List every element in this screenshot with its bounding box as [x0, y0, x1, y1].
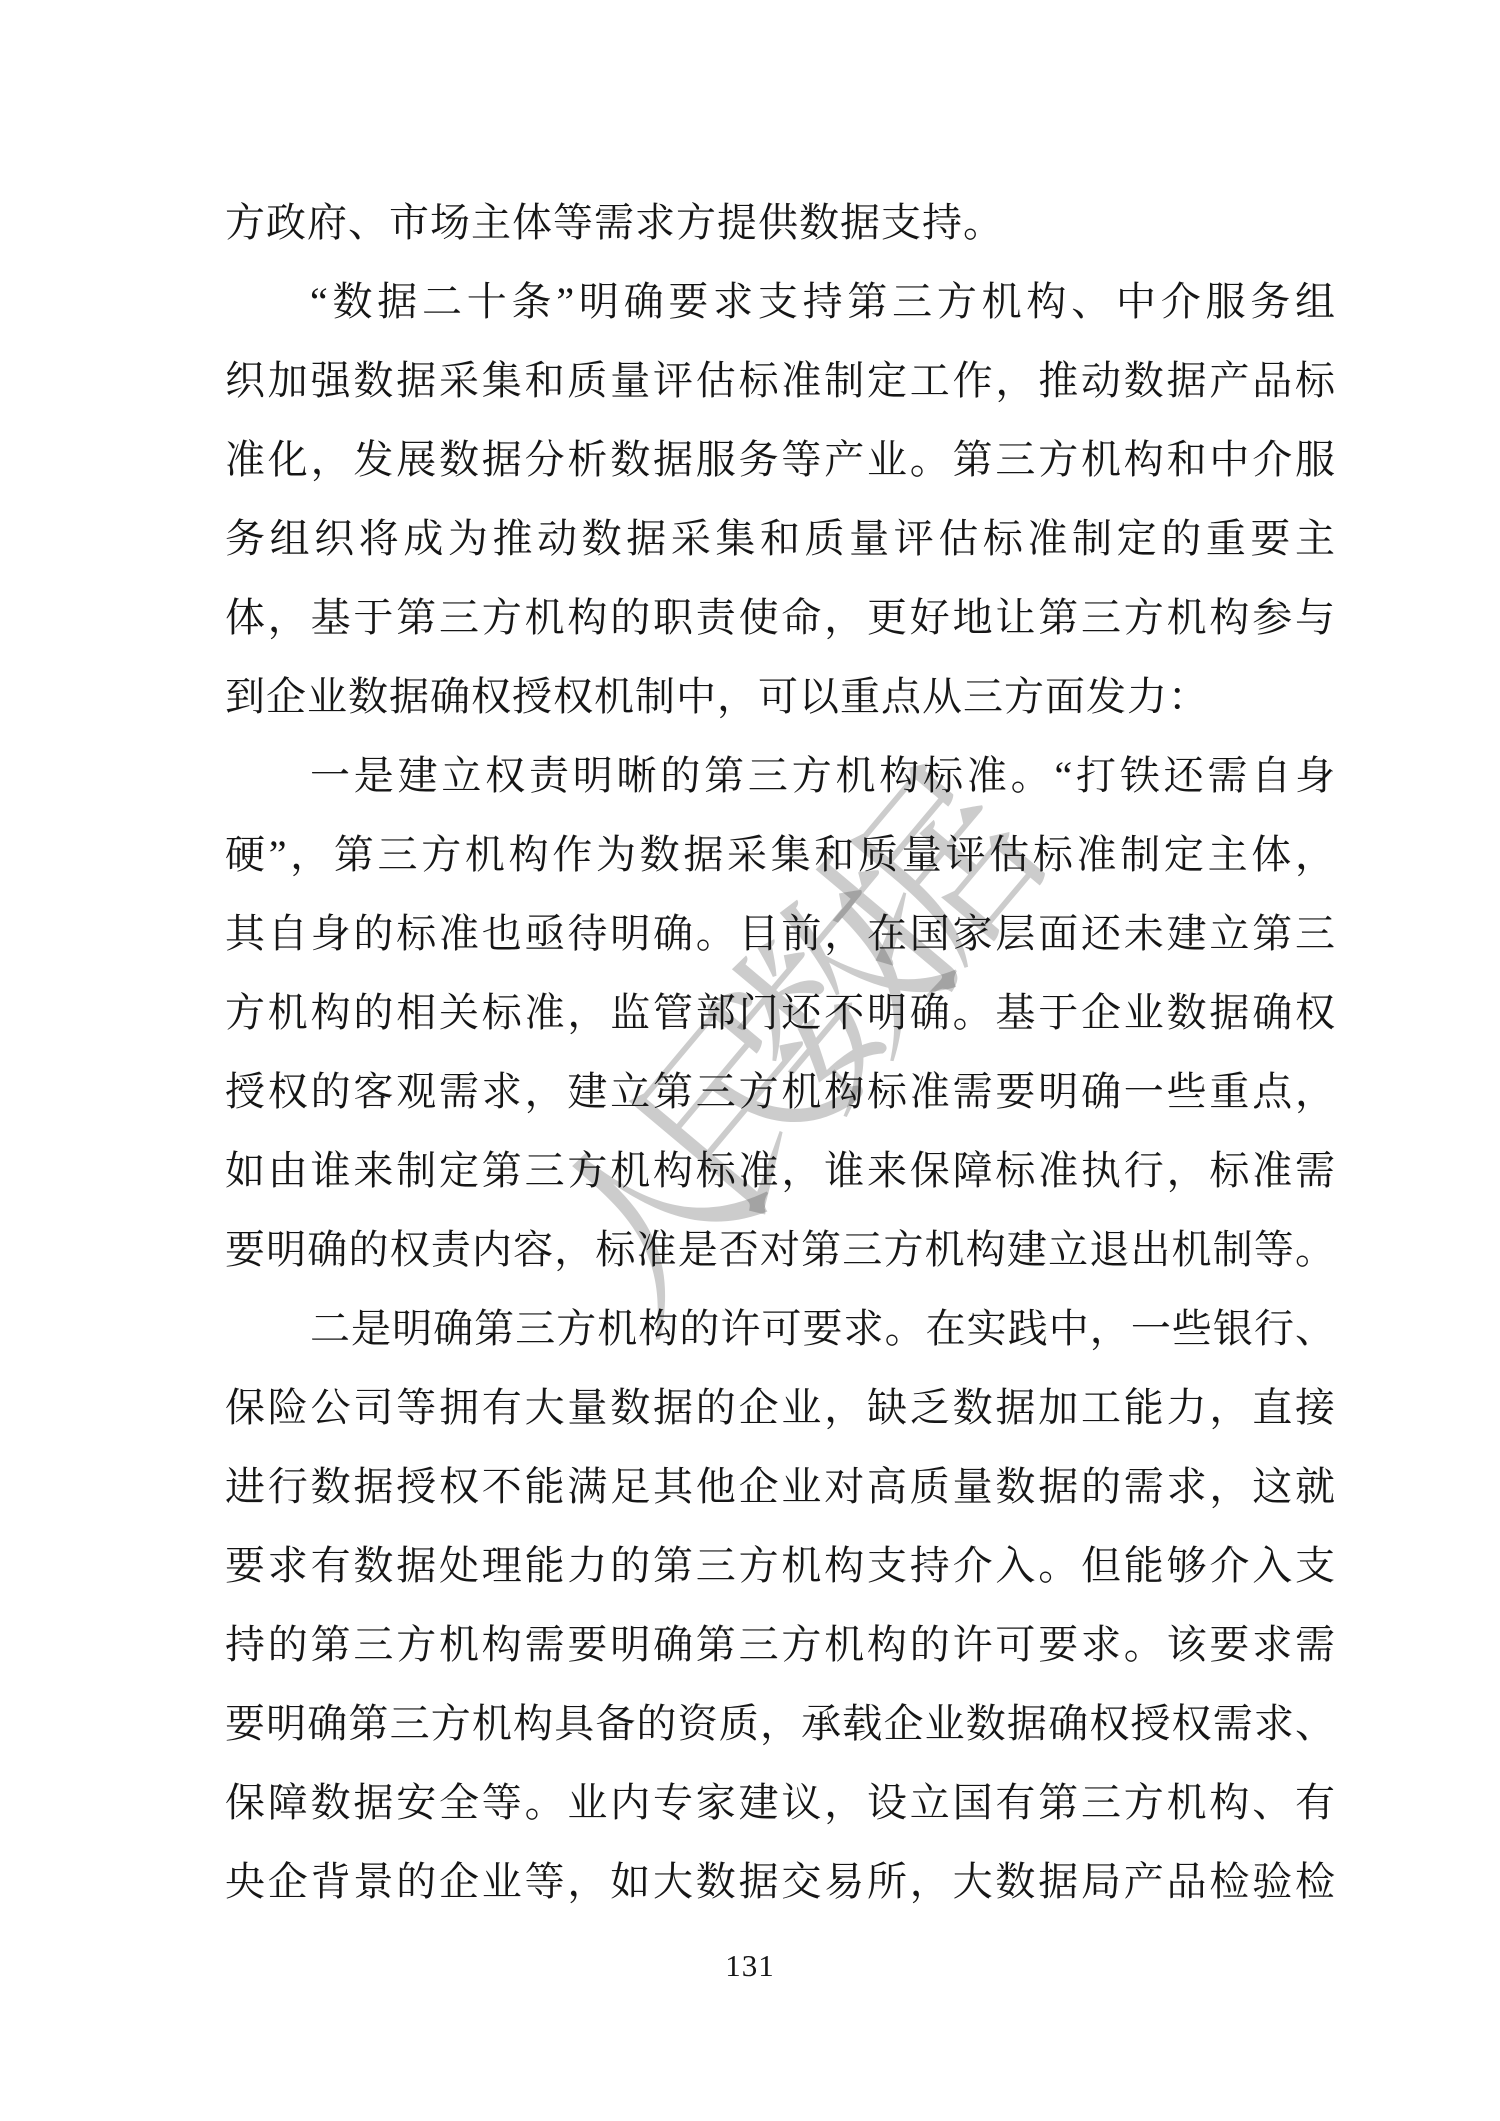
text-line: 织加强数据采集和质量评估标准制定工作，推动数据产品标 — [225, 341, 1335, 420]
text-line: 保险公司等拥有大量数据的企业，缺乏数据加工能力，直接 — [225, 1368, 1335, 1447]
text-line: 持的第三方机构需要明确第三方机构的许可要求。该要求需 — [225, 1605, 1335, 1684]
text-line: 准化，发展数据分析数据服务等产业。第三方机构和中介服 — [225, 420, 1335, 499]
text-line: 要明确第三方机构具备的资质，承载企业数据确权授权需求、 — [225, 1684, 1335, 1763]
document-page: 人民数据 方政府、市场主体等需求方提供数据支持。“数据二十条”明确要求支持第三方… — [0, 0, 1500, 2121]
text-line: 二是明确第三方机构的许可要求。在实践中，一些银行、 — [225, 1289, 1335, 1368]
text-line: 方政府、市场主体等需求方提供数据支持。 — [225, 183, 1335, 262]
text-line: 一是建立权责明晰的第三方机构标准。“打铁还需自身 — [225, 736, 1335, 815]
text-line: 央企背景的企业等，如大数据交易所，大数据局产品检验检 — [225, 1842, 1335, 1921]
text-line: 到企业数据确权授权机制中，可以重点从三方面发力： — [225, 657, 1335, 736]
text-line: 授权的客观需求，建立第三方机构标准需要明确一些重点， — [225, 1052, 1335, 1131]
text-line: “数据二十条”明确要求支持第三方机构、中介服务组 — [225, 262, 1335, 341]
text-block: 方政府、市场主体等需求方提供数据支持。“数据二十条”明确要求支持第三方机构、中介… — [225, 183, 1335, 1921]
text-line: 方机构的相关标准，监管部门还不明确。基于企业数据确权 — [225, 973, 1335, 1052]
text-line: 其自身的标准也亟待明确。目前，在国家层面还未建立第三 — [225, 894, 1335, 973]
text-line: 要明确的权责内容，标准是否对第三方机构建立退出机制等。 — [225, 1210, 1335, 1289]
text-line: 硬”，第三方机构作为数据采集和质量评估标准制定主体， — [225, 815, 1335, 894]
text-line: 务组织将成为推动数据采集和质量评估标准制定的重要主 — [225, 499, 1335, 578]
text-line: 要求有数据处理能力的第三方机构支持介入。但能够介入支 — [225, 1526, 1335, 1605]
text-line: 体，基于第三方机构的职责使命，更好地让第三方机构参与 — [225, 578, 1335, 657]
text-line: 如由谁来制定第三方机构标准，谁来保障标准执行，标准需 — [225, 1131, 1335, 1210]
text-line: 进行数据授权不能满足其他企业对高质量数据的需求，这就 — [225, 1447, 1335, 1526]
page-number: 131 — [0, 1948, 1500, 1984]
text-line: 保障数据安全等。业内专家建议，设立国有第三方机构、有 — [225, 1763, 1335, 1842]
